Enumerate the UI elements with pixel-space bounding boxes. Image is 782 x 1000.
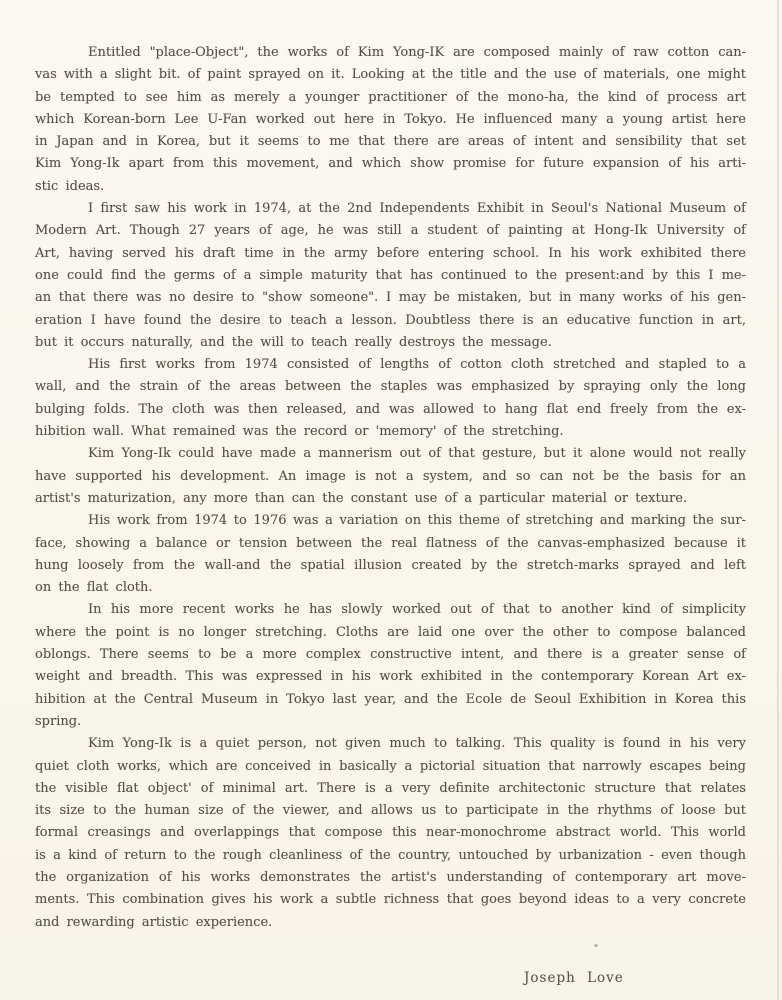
- text-line: the organization of his works demonstrat…: [35, 867, 746, 889]
- text-line: is a kind of return to the rough cleanli…: [35, 845, 746, 867]
- text-line: and rewarding artistic experience.: [35, 912, 746, 934]
- text-line: wall, and the strain of the areas betwee…: [35, 376, 746, 398]
- text-line: on the flat cloth.: [35, 577, 746, 599]
- paragraph: His first works from 1974 consisted of l…: [35, 354, 746, 443]
- text-line: hibition wall. What remained was the rec…: [35, 421, 746, 443]
- text-line: an that there was no desire to "show som…: [35, 287, 746, 309]
- text-line: hibition at the Central Museum in Tokyo …: [35, 689, 746, 711]
- text-line: His first works from 1974 consisted of l…: [35, 354, 746, 376]
- text-line: ments. This combination gives his work a…: [35, 889, 746, 911]
- text-line: Modern Art. Though 27 years of age, he w…: [35, 220, 746, 242]
- text-line: face, showing a balance or tension betwe…: [35, 533, 746, 555]
- text-line: oblongs. There seems to be a more comple…: [35, 644, 746, 666]
- author-signature: Joseph Love: [524, 970, 624, 986]
- text-line: weight and breadth. This was expressed i…: [35, 666, 746, 688]
- text-line: in Japan and in Korea, but it seems to m…: [35, 131, 746, 153]
- text-line: spring.: [35, 711, 746, 733]
- text-line: Kim Yong-Ik is a quiet person, not given…: [35, 733, 746, 755]
- ink-speck: [594, 944, 598, 947]
- text-line: have supported his development. An image…: [35, 466, 746, 488]
- text-line: quiet cloth works, which are conceived i…: [35, 756, 746, 778]
- text-line: the visible flat object' of minimal art.…: [35, 778, 746, 800]
- text-line: I first saw his work in 1974, at the 2nd…: [35, 198, 746, 220]
- text-line: but it occurs naturally, and the will to…: [35, 332, 746, 354]
- paragraph: I first saw his work in 1974, at the 2nd…: [35, 198, 746, 354]
- text-line: bulging folds. The cloth was then releas…: [35, 399, 746, 421]
- paragraph: Kim Yong-Ik is a quiet person, not given…: [35, 733, 746, 934]
- document-page: Entitled "place-Object", the works of Ki…: [0, 0, 782, 1000]
- text-line: hung loosely from the wall-and the spati…: [35, 555, 746, 577]
- text-line: eration I have found the desire to teach…: [35, 310, 746, 332]
- text-line: In his more recent works he has slowly w…: [35, 599, 746, 621]
- essay-body: Entitled "place-Object", the works of Ki…: [35, 42, 746, 934]
- paragraph: Kim Yong-Ik could have made a mannerism …: [35, 443, 746, 510]
- text-line: which Korean-born Lee U-Fan worked out h…: [35, 109, 746, 131]
- text-line: vas with a slight bit. of paint sprayed …: [35, 64, 746, 86]
- text-line: Entitled "place-Object", the works of Ki…: [35, 42, 746, 64]
- text-line: be tempted to see him as merely a younge…: [35, 87, 746, 109]
- paragraph: In his more recent works he has slowly w…: [35, 599, 746, 733]
- text-line: where the point is no longer stretching.…: [35, 622, 746, 644]
- text-line: stic ideas.: [35, 176, 746, 198]
- text-line: Kim Yong-Ik apart from this movement, an…: [35, 153, 746, 175]
- text-line: His work from 1974 to 1976 was a variati…: [35, 510, 746, 532]
- text-line: one could find the germs of a simple mat…: [35, 265, 746, 287]
- scan-edge-line: [777, 0, 779, 1000]
- text-line: formal creasings and overlappings that c…: [35, 822, 746, 844]
- text-line: Kim Yong-Ik could have made a mannerism …: [35, 443, 746, 465]
- paragraph: Entitled "place-Object", the works of Ki…: [35, 42, 746, 198]
- text-line: artist's maturization, any more than can…: [35, 488, 746, 510]
- text-line: its size to the human size of the viewer…: [35, 800, 746, 822]
- paragraph: His work from 1974 to 1976 was a variati…: [35, 510, 746, 599]
- text-line: Art, having served his draft time in the…: [35, 243, 746, 265]
